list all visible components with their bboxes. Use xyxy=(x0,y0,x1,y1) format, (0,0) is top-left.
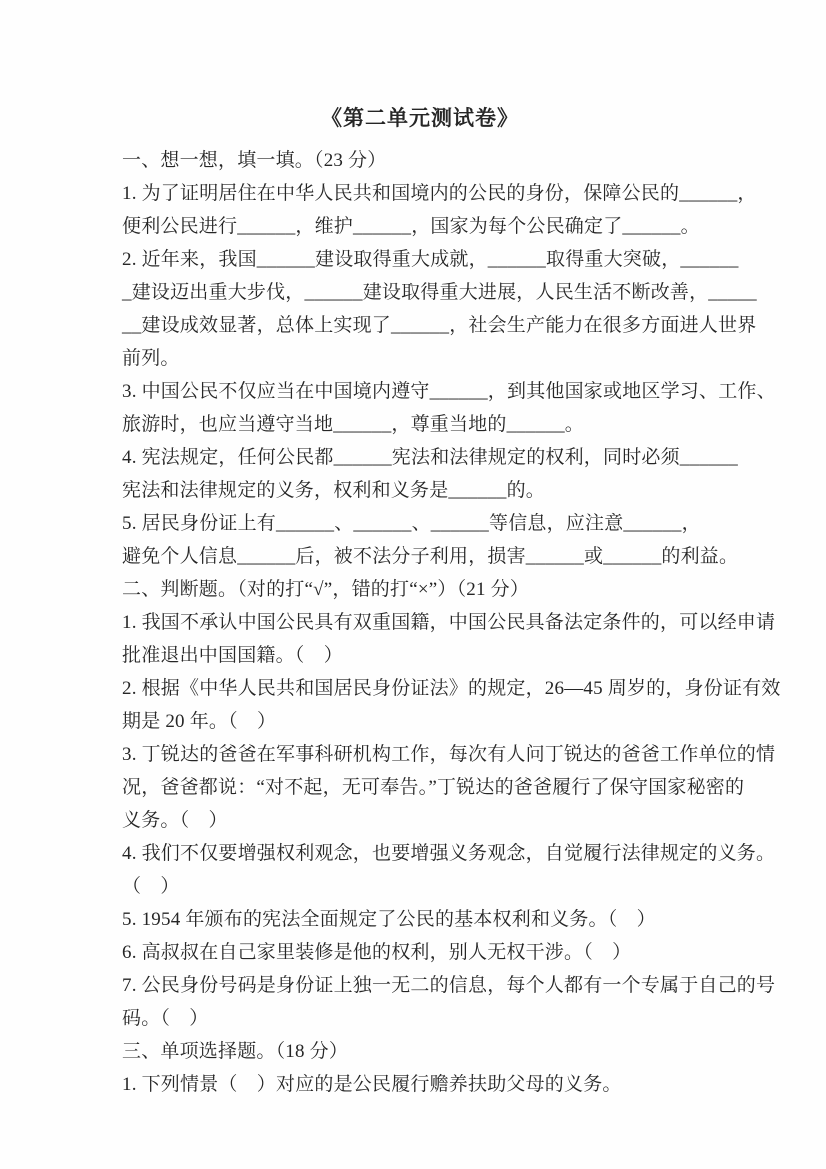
section-3-heading: 三、单项选择题。（18 分） xyxy=(122,1035,718,1068)
text-line: 4. 我们不仅要增强权利观念，也要增强义务观念，自觉履行法律规定的义务。 xyxy=(122,837,718,870)
text-line: 1. 为了证明居住在中华人民共和国境内的公民的身份，保障公民的______， xyxy=(122,177,718,210)
text-line: 3. 丁锐达的爸爸在军事科研机构工作，每次有人问丁锐达的爸爸工作单位的情 xyxy=(122,738,718,771)
text-line: _建设迈出重大步伐，______建设取得重大进展，人民生活不断改善，_____ xyxy=(122,276,718,309)
text-line: 批准退出中国国籍。（ ） xyxy=(122,639,718,672)
text-line: 避免个人信息______后，被不法分子利用，损害______或______的利益… xyxy=(122,540,718,573)
text-line: 7. 公民身份号码是身份证上独一无二的信息，每个人都有一个专属于自己的号 xyxy=(122,969,718,1002)
text-line: 2. 近年来，我国______建设取得重大成就，______取得重大突破，___… xyxy=(122,243,718,276)
text-line: 5. 居民身份证上有______、______、______等信息，应注意___… xyxy=(122,507,718,540)
text-line: 1. 下列情景（ ）对应的是公民履行赡养扶助父母的义务。 xyxy=(122,1068,718,1101)
test-paper-page: 《第二单元测试卷》 一、想一想，填一填。（23 分） 1. 为了证明居住在中华人… xyxy=(0,0,826,1169)
text-line: 期是 20 年。（ ） xyxy=(122,705,718,738)
text-line: 便利公民进行______，维护______，国家为每个公民确定了______。 xyxy=(122,210,718,243)
text-line: 况，爸爸都说：“对不起，无可奉告。”丁锐达的爸爸履行了保守国家秘密的 xyxy=(122,771,718,804)
text-line: 2. 根据《中华人民共和国居民身份证法》的规定，26—45 周岁的，身份证有效 xyxy=(122,672,718,705)
text-line: 4. 宪法规定，任何公民都______宪法和法律规定的权利，同时必须______ xyxy=(122,441,718,474)
text-line: 5. 1954 年颁布的宪法全面规定了公民的基本权利和义务。（ ） xyxy=(122,903,718,936)
text-line: 义务。（ ） xyxy=(122,804,718,837)
text-line: 旅游时，也应当遵守当地______，尊重当地的______。 xyxy=(122,408,718,441)
text-line: （ ） xyxy=(122,870,718,903)
page-title: 《第二单元测试卷》 xyxy=(122,103,718,133)
text-line: 6. 高叔叔在自己家里装修是他的权利，别人无权干涉。（ ） xyxy=(122,936,718,969)
text-line: 码。（ ） xyxy=(122,1002,718,1035)
text-line: 1. 我国不承认中国公民具有双重国籍，中国公民具备法定条件的，可以经申请 xyxy=(122,606,718,639)
section-1-heading: 一、想一想，填一填。（23 分） xyxy=(122,144,718,177)
text-line: 3. 中国公民不仅应当在中国境内遵守______，到其他国家或地区学习、工作、 xyxy=(122,375,718,408)
text-line: 宪法和法律规定的义务，权利和义务是______的。 xyxy=(122,474,718,507)
text-line: __建设成效显著，总体上实现了______，社会生产能力在很多方面进人世界 xyxy=(122,309,718,342)
document-body: 《第二单元测试卷》 一、想一想，填一填。（23 分） 1. 为了证明居住在中华人… xyxy=(122,103,718,1101)
section-2-heading: 二、判断题。（对的打“√”，错的打“×”）（21 分） xyxy=(122,573,718,606)
text-line: 前列。 xyxy=(122,342,718,375)
